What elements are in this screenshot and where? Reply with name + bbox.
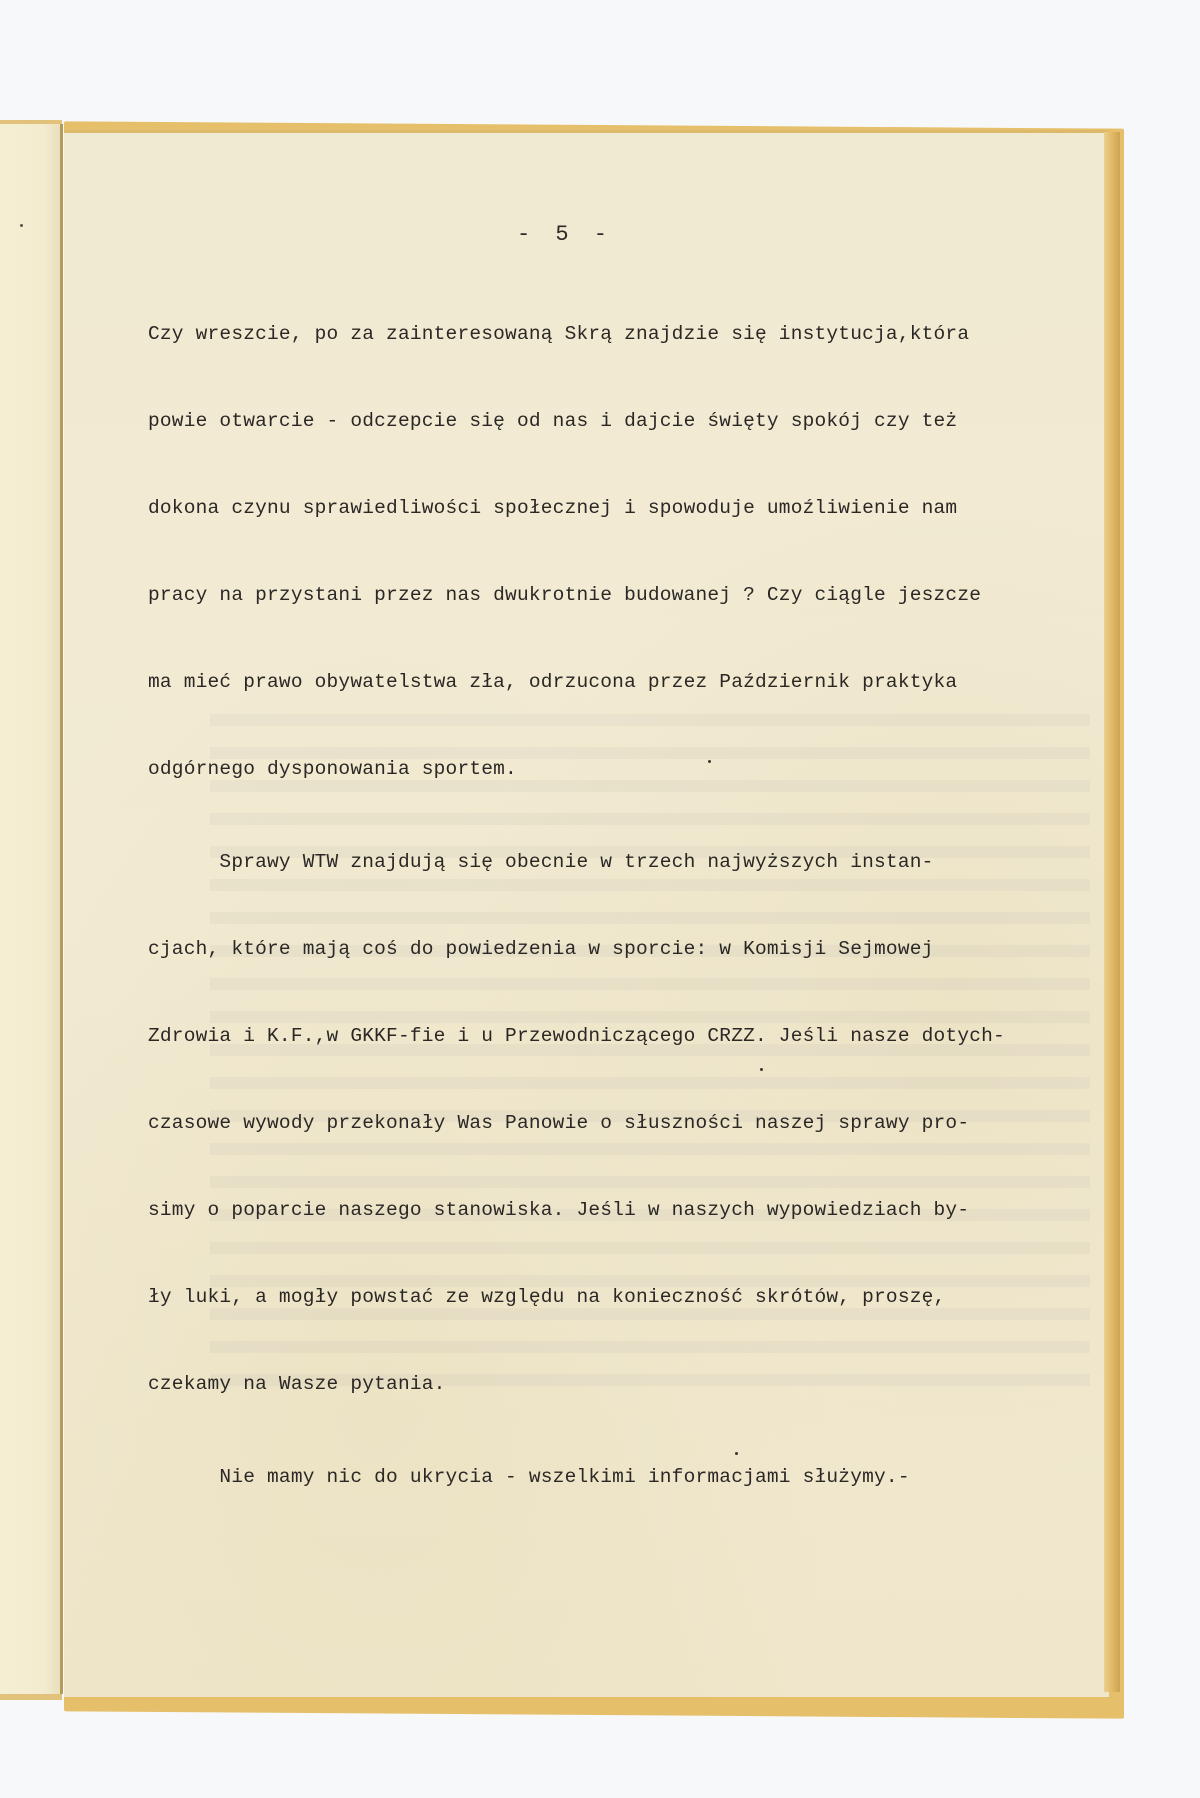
text-line: czekamy na Wasze pytania.: [148, 1370, 1108, 1399]
text-line: odgórnego dysponowania sportem.: [148, 755, 1108, 784]
text-line: powie otwarcie - odczepcie się od nas i …: [148, 407, 1108, 436]
text-line: pracy na przystani przez nas dwukrotnie …: [148, 581, 1108, 610]
text-line: Czy wreszcie, po za zainteresowaną Skrą …: [148, 320, 1108, 349]
ink-speck: [708, 760, 711, 763]
text-line: cjach, które mają coś do powiedzenia w s…: [148, 935, 1108, 964]
text-line: Zdrowia i K.F.,w GKKF-fie i u Przewodnic…: [148, 1022, 1108, 1051]
ink-speck: [760, 1068, 763, 1071]
paragraph-start-line: Nie mamy nic do ukrycia - wszelkimi info…: [148, 1463, 1108, 1492]
text-line: ma mieć prawo obywatelstwa zła, odrzucon…: [148, 668, 1108, 697]
binding-spine: [60, 124, 63, 1694]
text-line: dokona czynu sprawiedliwości społecznej …: [148, 494, 1108, 523]
text-line: simy o poparcie naszego stanowiska. Jeśl…: [148, 1196, 1108, 1225]
ink-speck: [735, 1452, 738, 1455]
left-facing-page: [0, 120, 62, 1700]
text-line: ły luki, a mogły powstać ze względu na k…: [148, 1283, 1108, 1312]
page-number: - 5 -: [0, 222, 1130, 247]
typed-body-text: Czy wreszcie, po za zainteresowaną Skrą …: [148, 262, 1108, 1521]
text-line: czasowe wywody przekonały Was Panowie o …: [148, 1109, 1108, 1138]
paragraph-start-line: Sprawy WTW znajdują się obecnie w trzech…: [148, 848, 1108, 877]
